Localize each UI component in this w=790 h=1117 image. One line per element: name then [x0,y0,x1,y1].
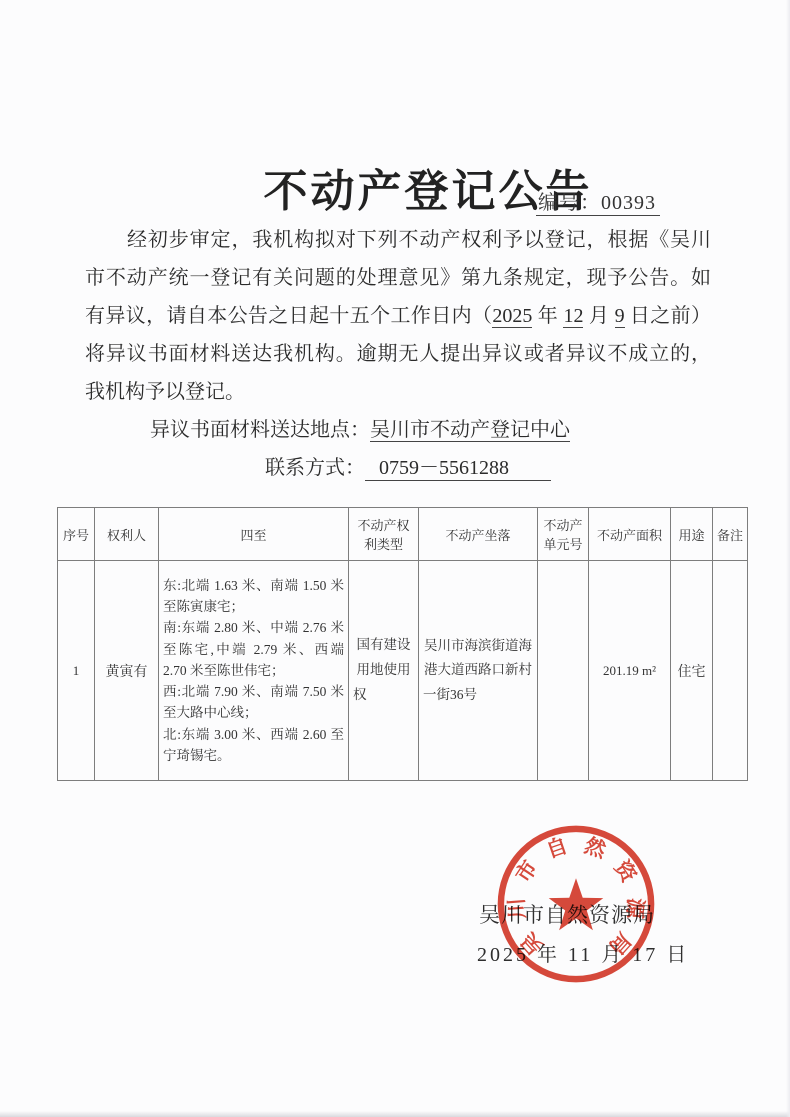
cell-remark [713,561,748,781]
paragraph-text: 日之前） [625,305,711,327]
col-header-usage: 用途 [671,508,713,561]
deadline-year: 2025 [492,305,532,328]
cell-unit-number [538,561,589,781]
svg-text:资: 资 [610,856,642,888]
col-header-remark: 备注 [713,508,748,561]
svg-text:市: 市 [511,856,543,887]
paragraph-line: 我机构予以登记。 [85,373,711,411]
doc-number-value: 00393 [601,192,656,214]
boundary-west: 西:北端 7.90 米、南端 7.50 米至大路中心线； [163,681,344,724]
col-header-right-type: 不动产权利类型 [349,508,419,561]
boundary-south: 南:东端 2.80 米、中端 2.76 米至陈宅,中端 2.79 米、西端 2.… [163,617,344,681]
paragraph-line-with-date: 有异议，请自本公告之日起十五个工作日内（2025 年 12 月 9 日之前） [85,297,711,335]
cell-usage: 住宅 [671,561,713,781]
doc-number: 编号：00393 [536,186,660,215]
paragraph-text: 年 [532,305,563,327]
cell-right-type: 国有建设用地使用权 [349,561,419,781]
col-header-location: 不动产坐落 [419,508,538,561]
boundary-north: 北:东端 3.00 米、西端 2.60 至宁琦锡宅。 [163,724,344,767]
document-page: 不动产登记公告 编号：00393 经初步审定，我机构拟对下列不动产权利予以登记，… [0,0,790,1117]
col-header-area: 不动产面积 [589,508,671,561]
deadline-day: 9 [615,305,625,328]
delivery-label: 异议书面材料送达地点： [150,419,370,441]
delivery-address-line: 异议书面材料送达地点：吴川市不动产登记中心 [85,411,711,449]
paragraph-line: 将异议书面材料送达我机构。逾期无人提出异议或者异议不成立的， [85,335,711,373]
paragraph-line: 市不动产统一登记有关问题的处理意见》第九条规定，现予公告。如 [85,259,711,297]
contact-value: 0759－5561288 [365,457,551,481]
body-paragraph: 经初步审定，我机构拟对下列不动产权利予以登记，根据《吴川 市不动产统一登记有关问… [85,221,711,487]
scan-edge [0,1111,790,1117]
contact-label: 联系方式： [265,457,365,479]
doc-number-label: 编号： [538,192,601,214]
cell-location: 吴川市海滨街道海港大道西路口新村一街36号 [419,561,538,781]
paragraph-text: 月 [583,305,614,327]
table-header-row: 序号 权利人 四至 不动产权利类型 不动产坐落 不动产单元号 不动产面积 用途 … [58,508,748,561]
cell-boundaries: 东:北端 1.63 米、南端 1.50 米至陈寅康宅； 南:东端 2.80 米、… [159,561,349,781]
paragraph-text: 有异议，请自本公告之日起十五个工作日内（ [85,305,492,327]
contact-line: 联系方式：0759－5561288 [85,449,711,487]
cell-index: 1 [58,561,95,781]
col-header-owner: 权利人 [95,508,159,561]
svg-text:自: 自 [543,833,570,862]
deadline-month: 12 [563,305,583,328]
scan-edge [786,0,790,1117]
paragraph-line: 经初步审定，我机构拟对下列不动产权利予以登记，根据《吴川 [85,221,711,259]
page-title: 不动产登记公告 [33,155,790,219]
cell-area: 201.19 m² [589,561,671,781]
col-header-unit-number: 不动产单元号 [538,508,589,561]
table-row: 1 黄寅有 东:北端 1.63 米、南端 1.50 米至陈寅康宅； 南:东端 2… [58,561,748,781]
col-header-boundaries: 四至 [159,508,349,561]
boundary-east: 东:北端 1.63 米、南端 1.50 米至陈寅康宅； [163,575,344,618]
agency-signature: 吴川市自然资源局 [479,899,655,929]
col-header-index: 序号 [58,508,95,561]
registration-table: 序号 权利人 四至 不动产权利类型 不动产坐落 不动产单元号 不动产面积 用途 … [57,507,748,781]
issue-date: 2025 年 11 月 17 日 [477,938,689,967]
cell-owner: 黄寅有 [95,561,159,781]
delivery-value: 吴川市不动产登记中心 [370,419,570,442]
svg-text:然: 然 [581,833,609,863]
